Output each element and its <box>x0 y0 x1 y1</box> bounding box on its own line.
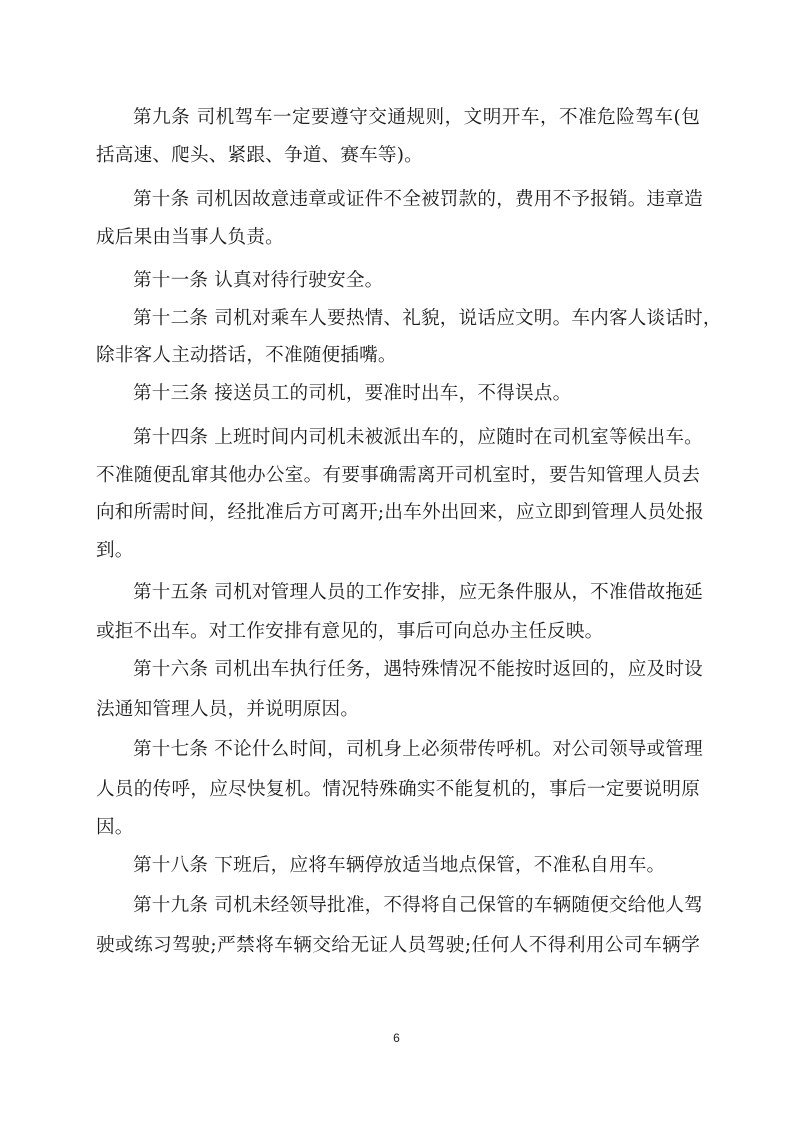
article-12-line-1: 第十二条 司机对乘车人要热情、礼貌，说话应文明。车内客人谈话时， <box>133 304 700 334</box>
article-19-line-2: 驶或练习驾驶;严禁将车辆交给无证人员驾驶;任何人不得利用公司车辆学 <box>96 931 700 961</box>
document-page: 第九条 司机驾车一定要遵守交通规则，文明开车，不准危险驾车(包 括高速、爬头、紧… <box>0 0 793 1122</box>
article-11-line-1: 第十一条 认真对待行驶安全。 <box>133 266 700 296</box>
article-17-line-1: 第十七条 不论什么时间，司机身上必须带传呼机。对公司领导或管理 <box>133 735 700 765</box>
article-15-line-1: 第十五条 司机对管理人员的工作安排，应无条件服从，不准借故拖延 <box>133 578 700 608</box>
article-14-line-1: 第十四条 上班时间内司机未被派出车的，应随时在司机室等候出车。 <box>133 423 700 453</box>
page-number: 6 <box>0 1031 793 1045</box>
article-16-line-2: 法通知管理人员，并说明原因。 <box>96 695 700 725</box>
article-14-line-3: 向和所需时间，经批准后方可离开;出车外出回来，应立即到管理人员处报 <box>96 498 700 528</box>
article-9-line-2: 括高速、爬头、紧跟、争道、赛车等)。 <box>96 141 700 171</box>
article-15-line-2: 或拒不出车。对工作安排有意见的，事后可向总办主任反映。 <box>96 617 700 647</box>
article-19-line-1: 第十九条 司机未经领导批准，不得将自己保管的车辆随便交给他人驾 <box>133 891 700 921</box>
article-12-line-2: 除非客人主动搭话，不准随便插嘴。 <box>96 341 700 371</box>
article-13-line-1: 第十三条 接送员工的司机，要准时出车，不得误点。 <box>133 379 700 409</box>
article-18-line-1: 第十八条 下班后，应将车辆停放适当地点保管，不准私自用车。 <box>133 851 700 881</box>
article-17-line-2: 人员的传呼，应尽快复机。情况特殊确实不能复机的，事后一定要说明原 <box>96 775 700 805</box>
article-14-line-2: 不准随便乱窜其他办公室。有要事确需离开司机室时，要告知管理人员去 <box>96 461 700 491</box>
article-16-line-1: 第十六条 司机出车执行任务，遇特殊情况不能按时返回的，应及时设 <box>133 655 700 685</box>
article-14-line-4: 到。 <box>96 536 700 566</box>
article-17-line-3: 因。 <box>96 813 700 843</box>
article-10-line-2: 成后果由当事人负责。 <box>96 223 700 253</box>
article-10-line-1: 第十条 司机因故意违章或证件不全被罚款的，费用不予报销。违章造 <box>133 185 700 215</box>
article-9-line-1: 第九条 司机驾车一定要遵守交通规则，文明开车，不准危险驾车(包 <box>133 103 700 133</box>
